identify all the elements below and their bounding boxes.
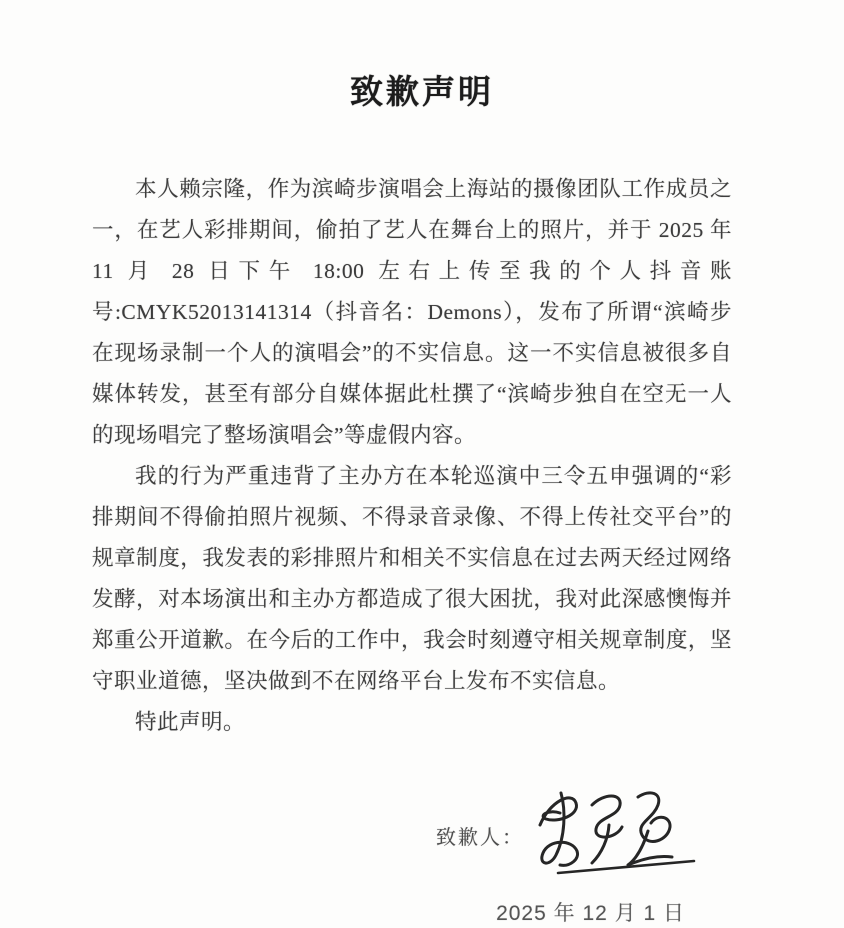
paragraph-closing-statement: 特此声明。 (92, 702, 732, 743)
document-title: 致歉声明 (0, 0, 844, 113)
signature-label: 致歉人： (436, 821, 524, 850)
paragraph-apology: 我的行为严重违背了主办方在本轮巡演中三令五申强调的“彩排期间不得偷拍照片视频、不… (92, 456, 732, 702)
apology-statement-document: 致歉声明 本人赖宗隆，作为滨崎步演唱会上海站的摄像团队工作成员之一，在艺人彩排期… (0, 0, 844, 928)
signature-row: 致歉人： (0, 785, 844, 877)
paragraph-incident-description: 本人赖宗隆，作为滨崎步演唱会上海站的摄像团队工作成员之一，在艺人彩排期间，偷拍了… (92, 169, 732, 456)
document-body: 本人赖宗隆，作为滨崎步演唱会上海站的摄像团队工作成员之一，在艺人彩排期间，偷拍了… (0, 169, 844, 743)
date-line: 2025 年 12 月 1 日 (0, 897, 844, 927)
signature-ink-icon (530, 785, 698, 877)
handwritten-signature (524, 785, 698, 877)
